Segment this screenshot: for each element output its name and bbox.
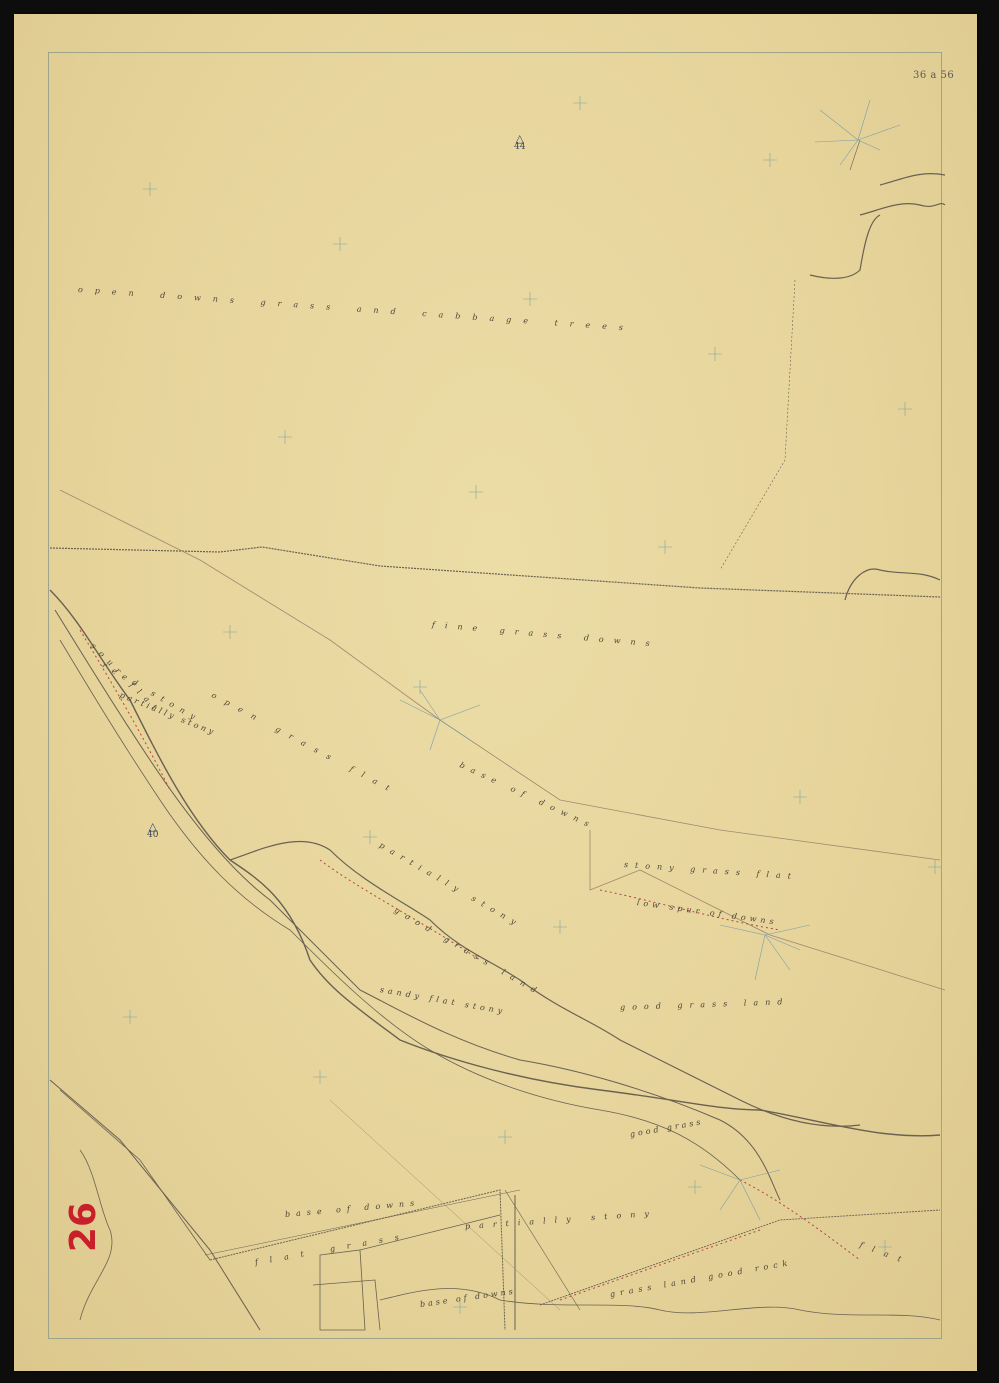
traverse-line	[50, 547, 940, 597]
trig-label: 40	[147, 831, 158, 840]
sheet-number: 26	[62, 1201, 106, 1253]
trig-label: 44	[514, 143, 525, 152]
sheet-reference: 36 a 56	[913, 70, 954, 81]
trig-station-40: △ 40	[147, 822, 158, 840]
trig-station-44: △ 44	[514, 134, 525, 152]
